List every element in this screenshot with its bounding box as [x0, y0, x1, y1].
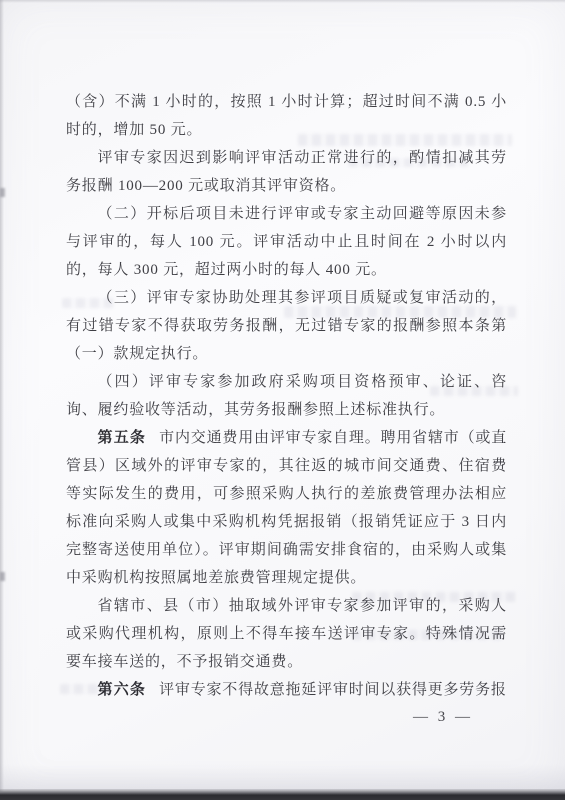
article-5-text: 市内交通费用由评审专家自理。聘用省辖市（或直管县）区域外的评审专家的，其往返的城…: [66, 430, 507, 586]
document-body: （含）不满 1 小时的，按照 1 小时计算；超过时间不满 0.5 小时的，增加 …: [66, 88, 507, 704]
page-number: — 3 —: [0, 703, 473, 731]
paragraph-clause-4: （四）评审专家参加政府采购项目资格预审、论证、咨询、履约验收等活动，其劳务报酬参…: [66, 368, 507, 424]
scan-edge-left: [0, 0, 4, 800]
paragraph-continuation: （含）不满 1 小时的，按照 1 小时计算；超过时间不满 0.5 小时的，增加 …: [66, 88, 507, 144]
scan-edge-mark: [0, 572, 5, 581]
scan-edge-mark: [0, 188, 5, 197]
article-6-number: 第六条: [98, 681, 147, 698]
paragraph-clause-2: （二）开标后项目未进行评审或专家主动回避等原因未参与评审的，每人 100 元。评…: [66, 200, 507, 284]
scan-edge-bottom: [0, 789, 565, 800]
paragraph-article-6: 第六条评审专家不得故意拖延评审时间以获得更多劳务报: [66, 676, 507, 704]
scanned-document-page: （含）不满 1 小时的，按照 1 小时计算；超过时间不满 0.5 小时的，增加 …: [0, 0, 565, 800]
paragraph-clause-3: （三）评审专家协助处理其参评项目质疑或复审活动的，有过错专家不得获取劳务报酬，无…: [66, 284, 507, 368]
scan-edge-top: [0, 0, 565, 3]
scan-bottom-shadow: [0, 764, 565, 790]
paragraph-late-penalty: 评审专家因迟到影响评审活动正常进行的，酌情扣减其劳务报酬 100—200 元或取…: [66, 144, 507, 200]
paragraph-out-of-area-experts: 省辖市、县（市）抽取域外评审专家参加评审的，采购人或采购代理机构，原则上不得车接…: [66, 592, 507, 676]
article-5-number: 第五条: [98, 429, 147, 446]
paragraph-article-5: 第五条市内交通费用由评审专家自理。聘用省辖市（或直管县）区域外的评审专家的，其往…: [66, 424, 507, 592]
article-6-text: 评审专家不得故意拖延评审时间以获得更多劳务报: [159, 682, 507, 698]
